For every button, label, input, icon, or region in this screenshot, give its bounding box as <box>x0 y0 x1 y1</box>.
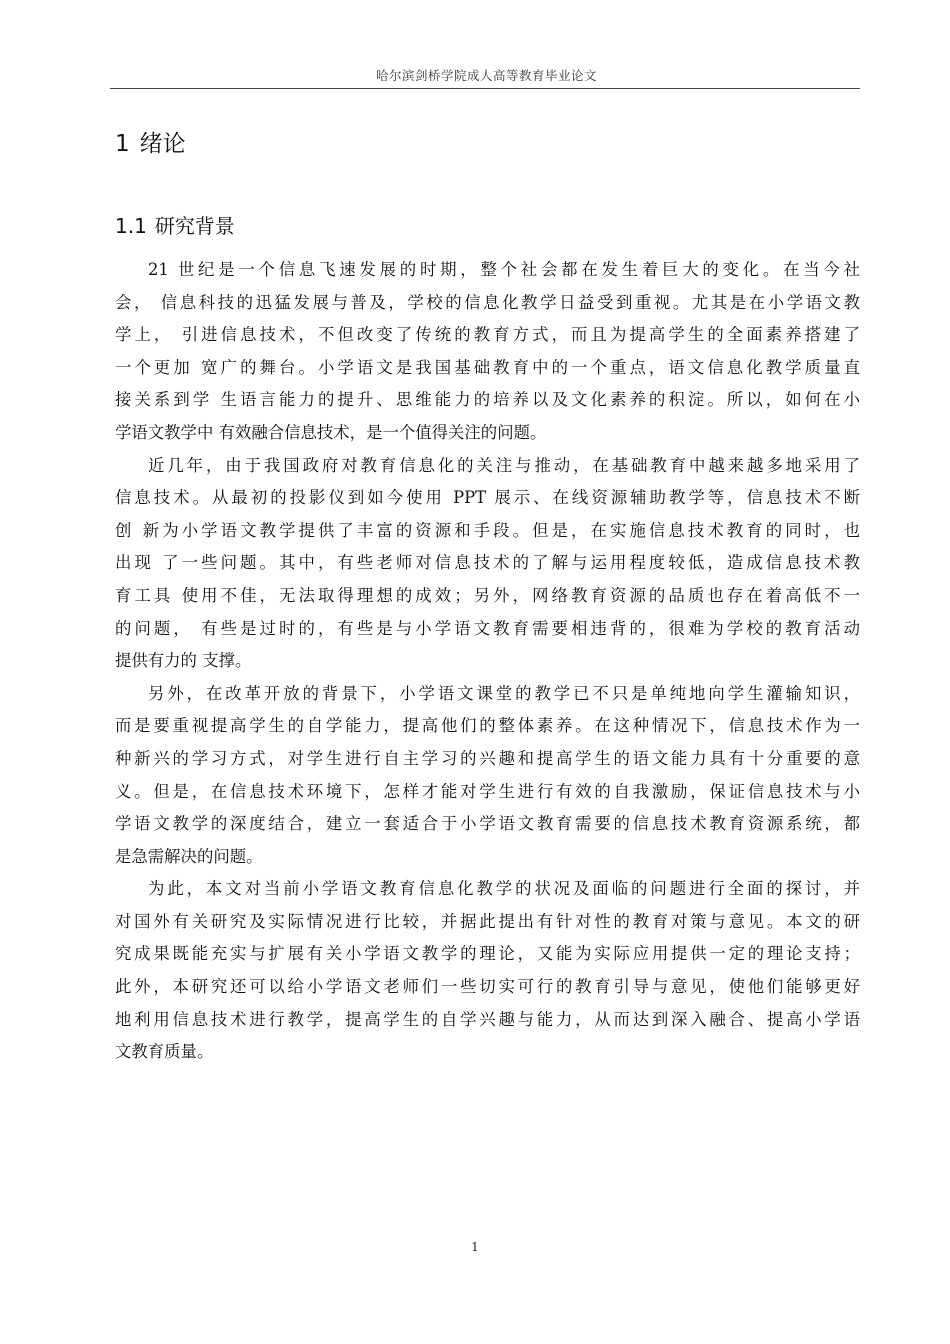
paragraph: 近几年，由于我国政府对教育信息化的关注与推动，在基础教育中越来越多地采用了 信息… <box>115 450 860 678</box>
page-number: 1 <box>0 1240 950 1254</box>
paragraph: 21 世纪是一个信息飞速发展的时期，整个社会都在发生着巨大的变化。在当今社 会，… <box>115 254 860 450</box>
paragraph: 为此，本文对当前小学语文教育信息化教学的状况及面临的问题进行全面的探讨，并 对国… <box>115 873 860 1069</box>
text-line: 究成果既能充实与扩展有关小学语文教学的理论，又能为实际应用提供一定的理论支持； <box>115 938 860 971</box>
chapter-number: 1 <box>115 131 130 157</box>
text-line: 种新兴的学习方式，对学生进行自主学习的兴趣和提高学生的语文能力具有十分重要的意 <box>115 743 860 776</box>
section-number: 1.1 <box>115 214 147 238</box>
header-divider <box>110 88 860 89</box>
text-line: 信息技术。从最初的投影仪到如今使用 PPT 展示、在线资源辅助教学等，信息技术不… <box>115 482 860 515</box>
chapter-title: 绪论 <box>140 131 186 157</box>
text-line: 一个更加 宽广的舞台。小学语文是我国基础教育中的一个重点，语文信息化教学质量直 <box>115 352 860 385</box>
text-line: 义。但是，在信息技术环境下，怎样才能对学生进行有效的自我激励，保证信息技术与小 <box>115 776 860 809</box>
text-line: 对国外有关研究及实际情况进行比较，并据此提出有针对性的教育对策与意见。本文的研 <box>115 906 860 939</box>
text-line: 此外，本研究还可以给小学语文老师们一些切实可行的教育引导与意见，使他们能够更好 <box>115 971 860 1004</box>
text-line: 学语文教学中 有效融合信息技术，是一个值得关注的问题。 <box>115 417 860 450</box>
text-line: 近几年，由于我国政府对教育信息化的关注与推动，在基础教育中越来越多地采用了 <box>115 450 860 483</box>
text-line: 会， 信息科技的迅猛发展与普及，学校的信息化教学日益受到重视。尤其是在小学语文教 <box>115 287 860 320</box>
text-line: 文教育质量。 <box>115 1036 860 1069</box>
text-line: 创 新为小学语文教学提供了丰富的资源和手段。但是，在实施信息技术教育的同时，也 <box>115 515 860 548</box>
paragraph: 另外，在改革开放的背景下，小学语文课堂的教学已不只是单纯地向学生灌输知识， 而是… <box>115 678 860 874</box>
section-title: 研究背景 <box>155 214 235 238</box>
text-line: 为此，本文对当前小学语文教育信息化教学的状况及面临的问题进行全面的探讨，并 <box>115 873 860 906</box>
text-line: 是急需解决的问题。 <box>115 841 860 874</box>
text-line: 育工具 使用不佳，无法取得理想的成效；另外，网络教育资源的品质也存在着高低不一 <box>115 580 860 613</box>
text-line: 另外，在改革开放的背景下，小学语文课堂的教学已不只是单纯地向学生灌输知识， <box>115 678 860 711</box>
text-line: 学上， 引进信息技术，不但改变了传统的教育方式，而且为提高学生的全面素养搭建了 <box>115 319 860 352</box>
section-heading: 1.1研究背景 <box>115 210 235 239</box>
running-header: 哈尔滨剑桥学院成人高等教育毕业论文 <box>113 66 860 84</box>
text-line: 出现 了一些问题。其中，有些老师对信息技术的了解与运用程度较低，造成信息技术教 <box>115 547 860 580</box>
text-line: 接关系到学 生语言能力的提升、思维能力的培养以及文化素养的积淀。所以，如何在小 <box>115 384 860 417</box>
body-text: 21 世纪是一个信息飞速发展的时期，整个社会都在发生着巨大的变化。在当今社 会，… <box>115 254 860 1069</box>
text-line: 而是要重视提高学生的自学能力，提高他们的整体素养。在这种情况下，信息技术作为一 <box>115 710 860 743</box>
text-line: 学语文教学的深度结合，建立一套适合于小学语文教育需要的信息技术教育资源系统，都 <box>115 808 860 841</box>
text-line: 提供有力的 支撑。 <box>115 645 860 678</box>
text-line: 的问题， 有些是过时的，有些是与小学语文教育需要相违背的，很难为学校的教育活动 <box>115 613 860 646</box>
text-line: 21 世纪是一个信息飞速发展的时期，整个社会都在发生着巨大的变化。在当今社 <box>115 254 860 287</box>
text-line: 地利用信息技术进行教学，提高学生的自学兴趣与能力，从而达到深入融合、提高小学语 <box>115 1004 860 1037</box>
chapter-heading: 1绪论 <box>115 125 186 158</box>
document-page: 哈尔滨剑桥学院成人高等教育毕业论文 1绪论 1.1研究背景 21 世纪是一个信息… <box>0 0 950 1344</box>
